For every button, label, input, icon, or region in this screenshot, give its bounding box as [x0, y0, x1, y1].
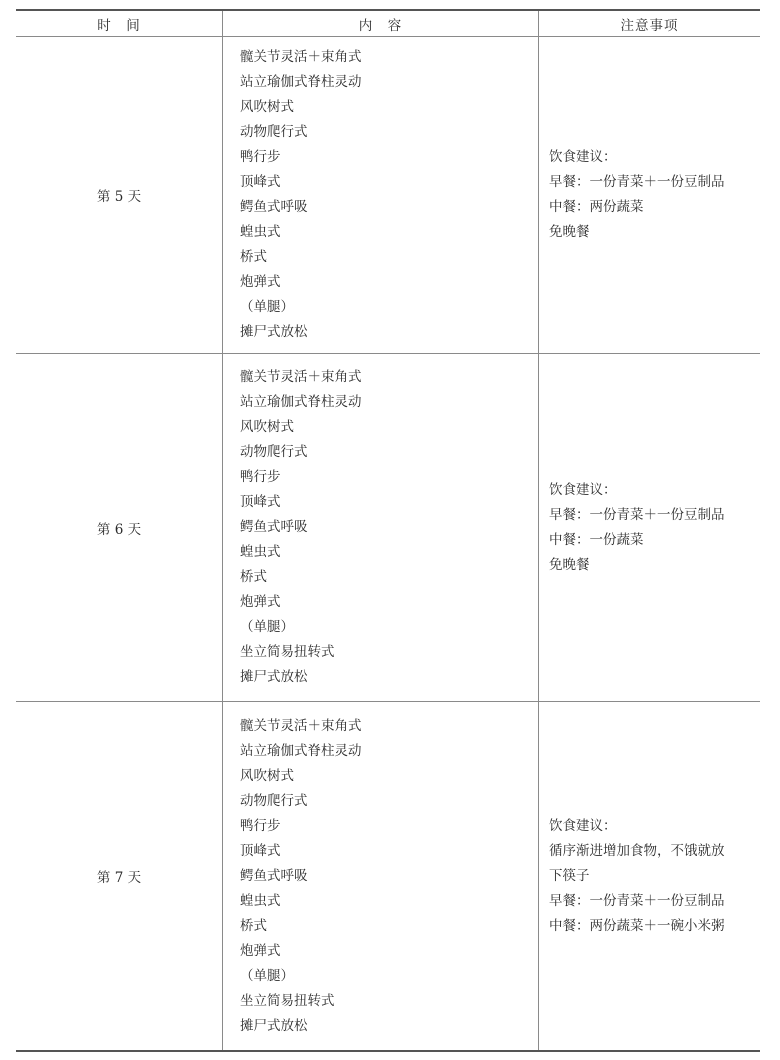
list-item: 炮弹式 — [240, 590, 362, 615]
list-item: 鸭行步 — [240, 145, 362, 170]
list-item: 鸭行步 — [240, 814, 362, 839]
note-line: 中餐：两份蔬菜 — [549, 195, 725, 220]
list-item: 摊尸式放松 — [240, 1014, 362, 1039]
list-item: 髋关节灵活＋束角式 — [240, 365, 362, 390]
note-line: 下筷子 — [549, 864, 725, 889]
list-item: 顶峰式 — [240, 490, 362, 515]
list-item: 摊尸式放松 — [240, 665, 362, 690]
notes-list: 饮食建议： 早餐：一份青菜＋一份豆制品 中餐：一份蔬菜 免晚餐 — [539, 478, 725, 578]
exercise-list: 髋关节灵活＋束角式 站立瑜伽式脊柱灵动 风吹树式 动物爬行式 鸭行步 顶峰式 鳄… — [223, 45, 362, 345]
day-cell: 第 6 天 — [16, 354, 222, 701]
notes-list: 饮食建议： 早餐：一份青菜＋一份豆制品 中餐：两份蔬菜 免晚餐 — [539, 145, 725, 245]
day-cell: 第 7 天 — [16, 702, 222, 1050]
list-item: 鸭行步 — [240, 465, 362, 490]
list-item: 桥式 — [240, 914, 362, 939]
list-item: 风吹树式 — [240, 95, 362, 120]
list-item: 顶峰式 — [240, 170, 362, 195]
note-line: 饮食建议： — [549, 814, 725, 839]
list-item: 蝗虫式 — [240, 220, 362, 245]
list-item: 站立瑜伽式脊柱灵动 — [240, 390, 362, 415]
note-line: 早餐：一份青菜＋一份豆制品 — [549, 889, 725, 914]
exercise-cell: 髋关节灵活＋束角式 站立瑜伽式脊柱灵动 风吹树式 动物爬行式 鸭行步 顶峰式 鳄… — [222, 354, 539, 701]
table-row-day-6: 第 6 天 髋关节灵活＋束角式 站立瑜伽式脊柱灵动 风吹树式 动物爬行式 鸭行步… — [16, 354, 760, 702]
exercise-list: 髋关节灵活＋束角式 站立瑜伽式脊柱灵动 风吹树式 动物爬行式 鸭行步 顶峰式 鳄… — [223, 714, 362, 1039]
note-line: 饮食建议： — [549, 145, 725, 170]
list-item: 风吹树式 — [240, 415, 362, 440]
note-line: 饮食建议： — [549, 478, 725, 503]
list-item: 鳄鱼式呼吸 — [240, 515, 362, 540]
note-line: 早餐：一份青菜＋一份豆制品 — [549, 503, 725, 528]
header-time: 时 间 — [16, 11, 222, 36]
list-item: 蝗虫式 — [240, 889, 362, 914]
notes-cell: 饮食建议： 早餐：一份青菜＋一份豆制品 中餐：两份蔬菜 免晚餐 — [539, 37, 760, 353]
list-item: （单腿） — [240, 615, 362, 640]
list-item: 风吹树式 — [240, 764, 362, 789]
header-notes: 注意事项 — [539, 11, 760, 36]
note-line: 中餐：一份蔬菜 — [549, 528, 725, 553]
list-item: 坐立简易扭转式 — [240, 989, 362, 1014]
table-row-day-7: 第 7 天 髋关节灵活＋束角式 站立瑜伽式脊柱灵动 风吹树式 动物爬行式 鸭行步… — [16, 702, 760, 1050]
list-item: 鳄鱼式呼吸 — [240, 864, 362, 889]
list-item: 桥式 — [240, 245, 362, 270]
header-content: 内 容 — [222, 11, 539, 36]
exercise-cell: 髋关节灵活＋束角式 站立瑜伽式脊柱灵动 风吹树式 动物爬行式 鸭行步 顶峰式 鳄… — [222, 702, 539, 1050]
list-item: （单腿） — [240, 964, 362, 989]
list-item: 炮弹式 — [240, 939, 362, 964]
list-item: 动物爬行式 — [240, 120, 362, 145]
list-item: 炮弹式 — [240, 270, 362, 295]
notes-list: 饮食建议： 循序渐进增加食物，不饿就放 下筷子 早餐：一份青菜＋一份豆制品 中餐… — [539, 814, 725, 939]
list-item: 顶峰式 — [240, 839, 362, 864]
yoga-diet-schedule-table: 时 间 内 容 注意事项 第 5 天 髋关节灵活＋束角式 站立瑜伽式脊柱灵动 风… — [16, 9, 760, 1052]
exercise-list: 髋关节灵活＋束角式 站立瑜伽式脊柱灵动 风吹树式 动物爬行式 鸭行步 顶峰式 鳄… — [223, 365, 362, 690]
note-line: 早餐：一份青菜＋一份豆制品 — [549, 170, 725, 195]
notes-cell: 饮食建议： 早餐：一份青菜＋一份豆制品 中餐：一份蔬菜 免晚餐 — [539, 354, 760, 701]
note-line: 免晚餐 — [549, 220, 725, 245]
list-item: 蝗虫式 — [240, 540, 362, 565]
list-item: 动物爬行式 — [240, 440, 362, 465]
table-row-day-5: 第 5 天 髋关节灵活＋束角式 站立瑜伽式脊柱灵动 风吹树式 动物爬行式 鸭行步… — [16, 37, 760, 354]
note-line: 循序渐进增加食物，不饿就放 — [549, 839, 725, 864]
day-cell: 第 5 天 — [16, 37, 222, 353]
list-item: 桥式 — [240, 565, 362, 590]
exercise-cell: 髋关节灵活＋束角式 站立瑜伽式脊柱灵动 风吹树式 动物爬行式 鸭行步 顶峰式 鳄… — [222, 37, 539, 353]
notes-cell: 饮食建议： 循序渐进增加食物，不饿就放 下筷子 早餐：一份青菜＋一份豆制品 中餐… — [539, 702, 760, 1050]
list-item: 髋关节灵活＋束角式 — [240, 45, 362, 70]
list-item: 坐立简易扭转式 — [240, 640, 362, 665]
list-item: （单腿） — [240, 295, 362, 320]
list-item: 站立瑜伽式脊柱灵动 — [240, 739, 362, 764]
list-item: 鳄鱼式呼吸 — [240, 195, 362, 220]
list-item: 髋关节灵活＋束角式 — [240, 714, 362, 739]
list-item: 动物爬行式 — [240, 789, 362, 814]
note-line: 中餐：两份蔬菜＋一碗小米粥 — [549, 914, 725, 939]
table-header-row: 时 间 内 容 注意事项 — [16, 11, 760, 37]
note-line: 免晚餐 — [549, 553, 725, 578]
list-item: 站立瑜伽式脊柱灵动 — [240, 70, 362, 95]
list-item: 摊尸式放松 — [240, 320, 362, 345]
